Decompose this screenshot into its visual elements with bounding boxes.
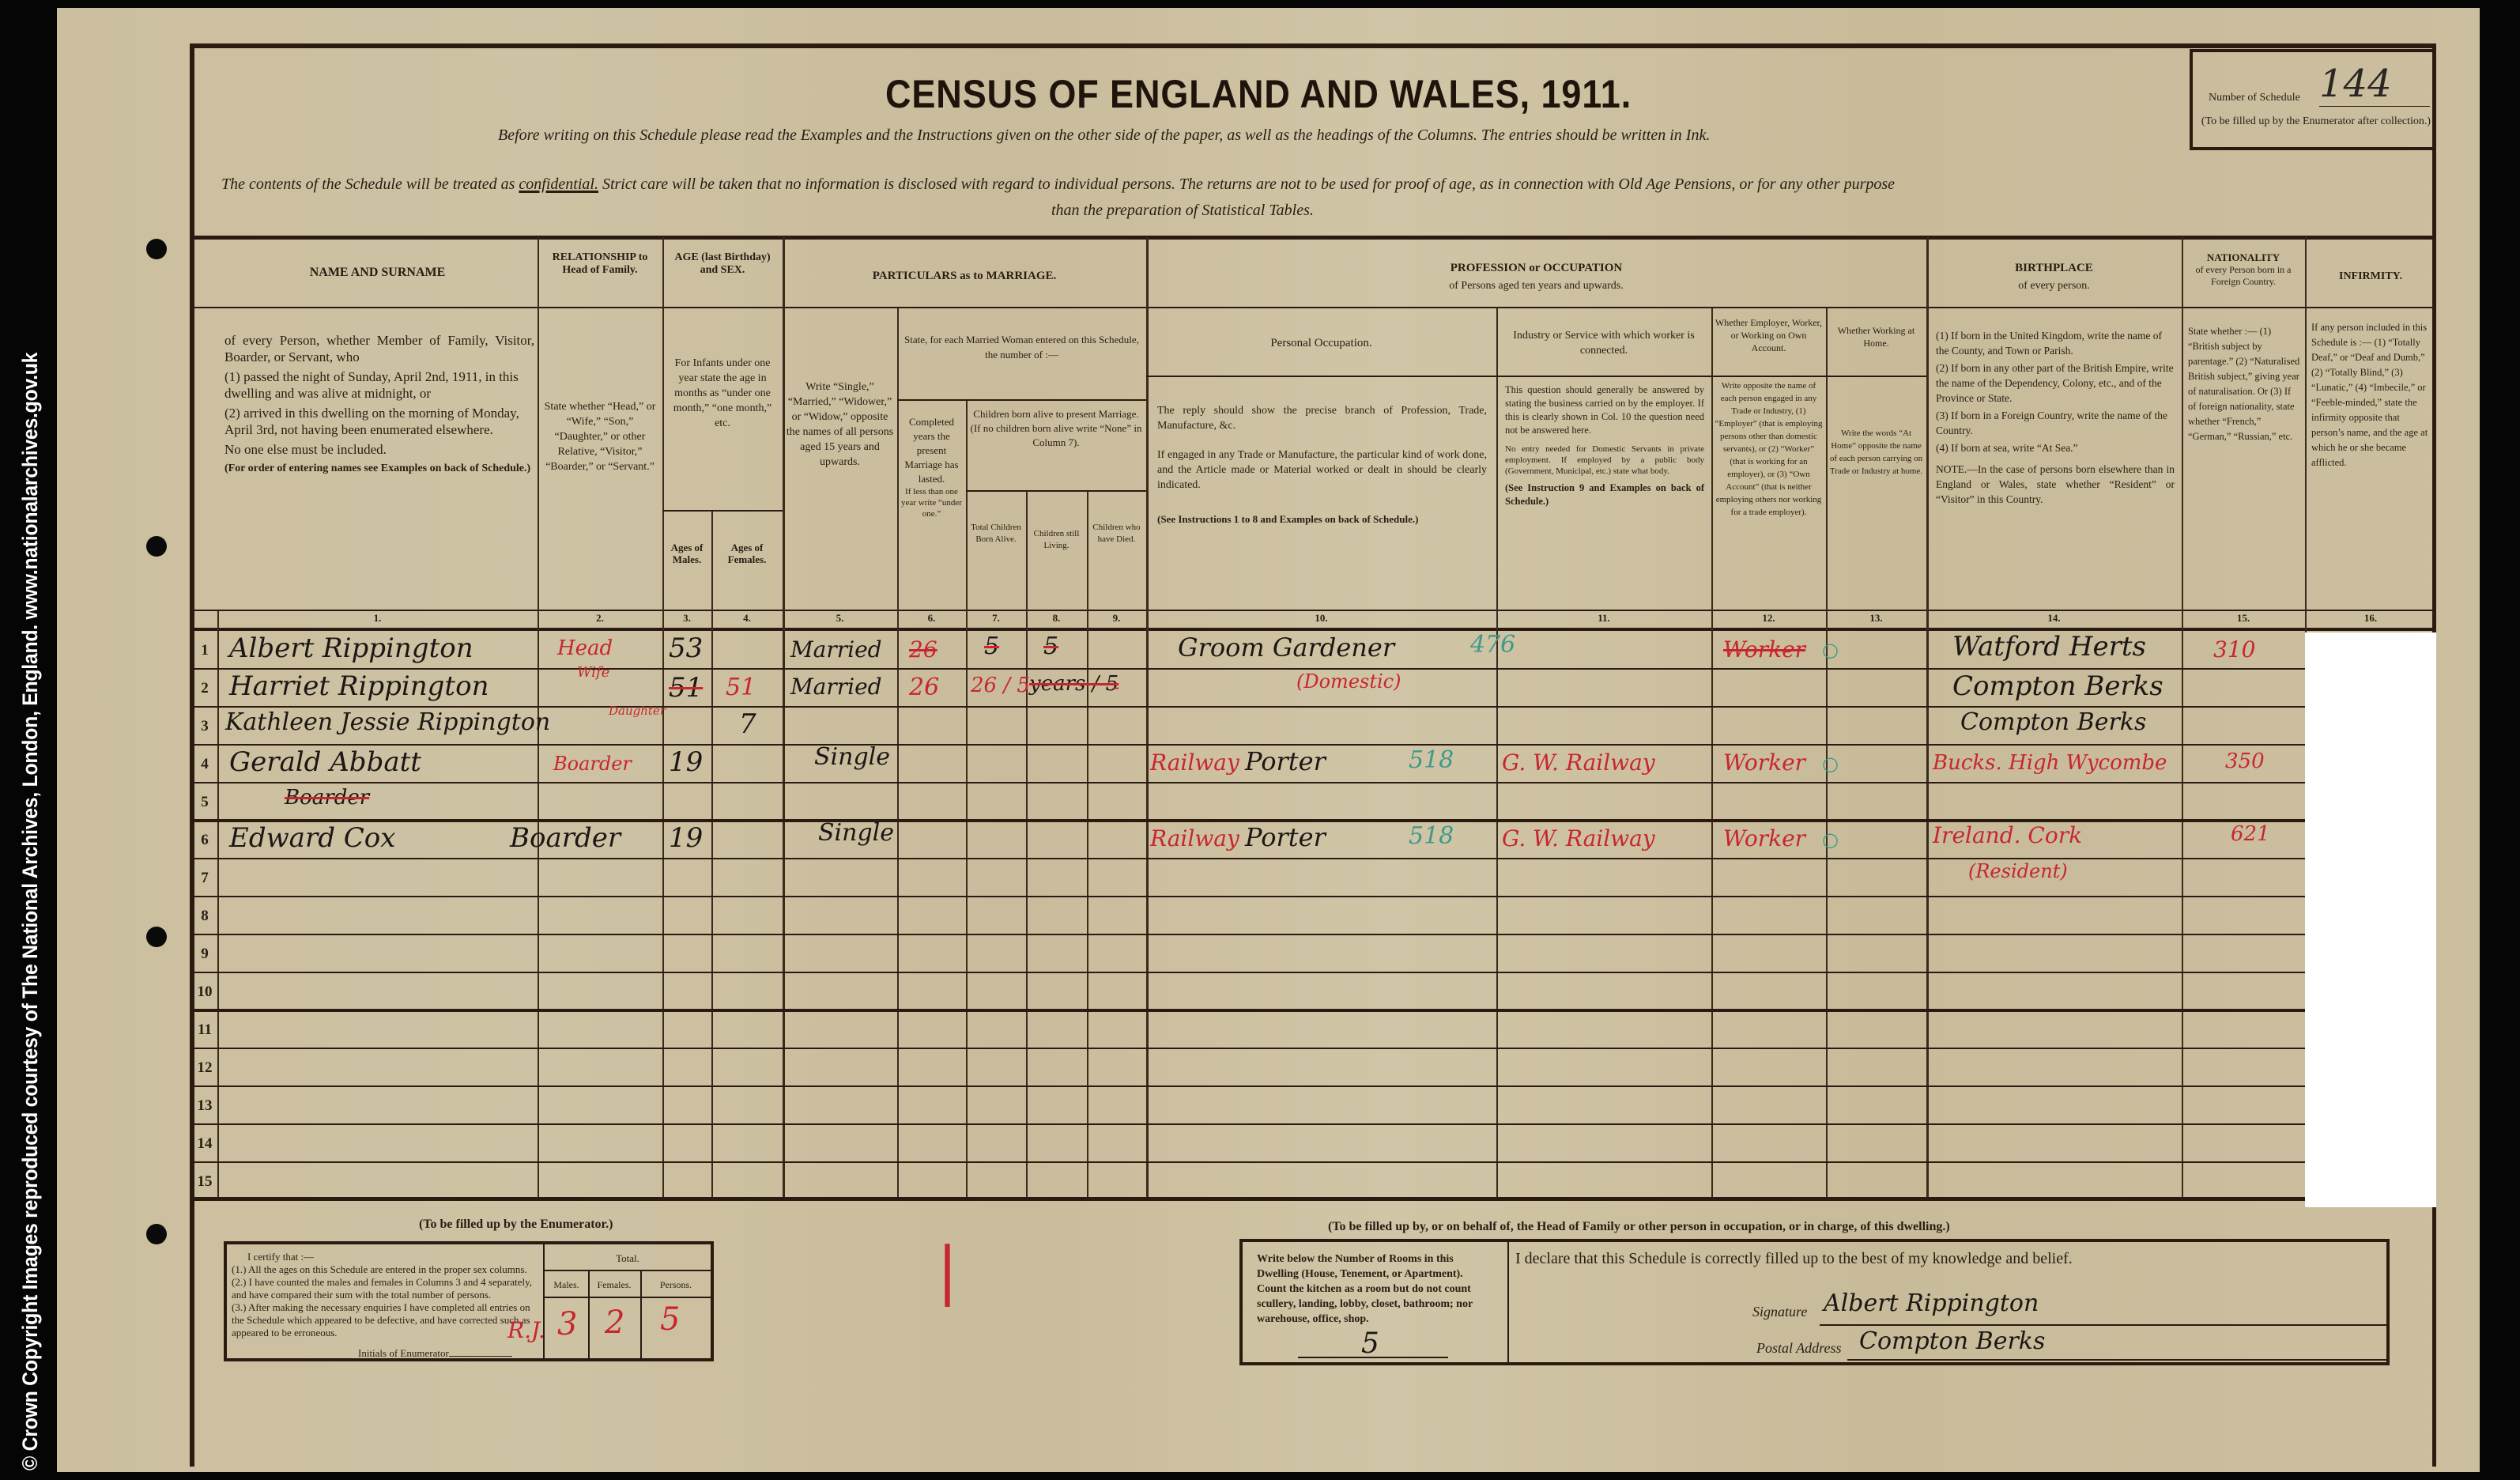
entry-birthplace: Ireland. Cork [1933, 822, 2082, 848]
entry-years-married: 26 [909, 674, 939, 701]
age-females-label: Ages of Females. [711, 542, 783, 565]
persons-label: Persons. [640, 1278, 711, 1293]
home-circle-icon: ○ [1822, 829, 1839, 851]
column-number: 5. [783, 612, 897, 628]
personal-occupation-desc: The reply should show the precise branch… [1154, 403, 1490, 527]
entry-birthplace-note: (Resident) [1968, 860, 2068, 882]
years-note: If less than one year write “under one.” [900, 486, 963, 519]
entry-age-male: 51 [669, 672, 703, 704]
head-section-title: (To be filled up by, or on behalf of, th… [1328, 1220, 1950, 1234]
personal-desc-2: If engaged in any Trade or Manufacture, … [1157, 447, 1487, 493]
entry-relationship: Wife [577, 664, 609, 681]
column-number: 6. [897, 612, 966, 628]
row-number: 2 [193, 680, 217, 697]
entry-children-living: 5 [1043, 632, 1058, 660]
children-subrule [966, 490, 1146, 492]
entry-nationality-code: 310 [2213, 636, 2255, 663]
birthplace-note: NOTE.—In the case of persons born elsewh… [1936, 462, 2175, 507]
totals-col-divider [588, 1271, 590, 1360]
entry-employer-status: Worker [1723, 825, 1805, 851]
header-relationship: RELATIONSHIP to Head of Family. [538, 251, 662, 277]
infirmity-desc: If any person included in this Schedule … [2308, 320, 2433, 470]
row-number: 4 [193, 756, 217, 773]
entry-age-female: 7 [739, 708, 756, 740]
age-subrule [662, 510, 783, 512]
children-desc: Children born alive to present Marriage.… [966, 407, 1146, 450]
row-rule [190, 1161, 2436, 1163]
home-circle-icon: ○ [1822, 753, 1839, 775]
occupation-subrule [1146, 376, 1926, 377]
schedule-number: 144 [2319, 62, 2430, 107]
row-number: 14 [193, 1135, 217, 1153]
total-females: 2 [605, 1304, 624, 1341]
confidential-word: confidential. [519, 176, 598, 193]
home-desc: Write the words “At Home” opposite the n… [1826, 427, 1926, 478]
entry-name: Gerald Abbatt [229, 746, 421, 778]
entry-employer-status: Worker [1723, 636, 1805, 663]
marriage-condition-desc: Write “Single,” “Married,” “Widower,” or… [783, 379, 897, 470]
header-marriage: PARTICULARS as to MARRIAGE. [783, 269, 1146, 284]
entry-age-male: 19 [669, 746, 703, 778]
certificate-text: I certify that :— (1.) All the ages on t… [232, 1251, 540, 1360]
age-desc: For Infants under one year state the age… [662, 356, 783, 431]
initials-row: Initials of Enumerator [232, 1347, 540, 1360]
header-birthplace: BIRTHPLACE [1926, 261, 2182, 276]
birthplace-desc: (1) If born in the United Kingdom, write… [1933, 328, 2178, 507]
industry-desc-2: No entry needed for Domestic Servants in… [1505, 444, 1704, 477]
row-rule [190, 668, 2436, 670]
industry-desc: This question should generally be answer… [1502, 383, 1707, 508]
column-number: 3. [662, 612, 711, 628]
entry-condition: Married [790, 674, 882, 700]
row-number: 5 [193, 794, 217, 811]
row-rule [190, 1123, 2436, 1125]
entry-name: Albert Rippington [229, 632, 473, 664]
signature-line [1820, 1324, 2389, 1326]
entry-years-married: 26 [909, 636, 937, 663]
column-number: 16. [2305, 612, 2436, 628]
marriage-state-desc: State, for each Married Woman entered on… [897, 332, 1146, 362]
enumerator-initials: R.J. [507, 1317, 545, 1343]
copyright-caption: © Crown Copyright Images reproduced cour… [6, 307, 54, 1471]
age-males-label: Ages of Males. [662, 542, 711, 565]
males-label: Males. [545, 1278, 588, 1293]
column-number: 2. [538, 612, 662, 628]
birthplace-desc-1: (1) If born in the United Kingdom, write… [1936, 328, 2175, 358]
enumerator-section-title: (To be filled up by the Enumerator.) [419, 1218, 613, 1232]
header-name-desc: of every Person, whether Member of Famil… [221, 332, 538, 475]
header-occupation: PROFESSION or OCCUPATION [1146, 261, 1926, 276]
industry-desc-3: (See Instruction 9 and Examples on back … [1505, 481, 1704, 508]
header-divider [190, 307, 2436, 308]
row-rule [190, 744, 2436, 746]
row-rule [190, 858, 2436, 859]
column-number: 9. [1087, 612, 1146, 628]
entry-age-male: 53 [669, 632, 703, 664]
punch-hole [146, 536, 167, 557]
column-number: 11. [1496, 612, 1711, 628]
employer-label: Whether Employer, Worker, or Working on … [1711, 316, 1826, 354]
col-divider [1496, 308, 1498, 1198]
column-number: 1. [217, 612, 538, 628]
punch-hole [146, 239, 167, 259]
postal-address-label: Postal Address [1756, 1340, 1842, 1357]
entry-occupation-code: 518 [1409, 746, 1454, 774]
entry-nationality-code: 621 [2231, 822, 2270, 846]
column-number: 12. [1711, 612, 1826, 628]
marriage-subrule [897, 399, 1146, 401]
relationship-desc: State whether “Head,” or “Wife,” “Son,” … [538, 399, 662, 474]
birthplace-desc-4: (4) If born at sea, write “At Sea.” [1936, 440, 2175, 455]
entry-occupation: Porter [1245, 822, 1326, 852]
column-number: 7. [966, 612, 1026, 628]
employer-desc: Write opposite the name of each person e… [1711, 379, 1826, 519]
confidential-notice: The contents of the Schedule will be tre… [221, 176, 1895, 194]
home-label: Whether Working at Home. [1826, 324, 1926, 349]
row-number: 12 [193, 1059, 217, 1077]
header-infirmity: INFIRMITY. [2305, 269, 2436, 284]
entry-occupation-prefix: Railway [1150, 825, 1239, 851]
instruction-line: Before writing on this Schedule please r… [498, 126, 1710, 145]
females-label: Females. [588, 1278, 640, 1293]
declaration-box: Write below the Number of Rooms in this … [1239, 1239, 2390, 1365]
total-males: 3 [557, 1306, 577, 1342]
entry-children-living: years / 5 [1029, 672, 1119, 696]
row-rule [190, 896, 2436, 897]
redaction-block [2305, 632, 2436, 1207]
birthplace-subtitle: of every person. [1926, 278, 2182, 293]
entry-occupation-prefix: Railway [1150, 749, 1239, 776]
industry-desc-1: This question should generally be answer… [1505, 383, 1704, 437]
home-circle-icon: ○ [1822, 639, 1839, 661]
confidential-rest: Strict care will be taken that no inform… [598, 176, 1895, 193]
row-number: 13 [193, 1097, 217, 1115]
totals-col-divider [640, 1271, 642, 1360]
row-number: 6 [193, 832, 217, 849]
row-rule-bold [190, 1009, 2436, 1012]
certify-item-2: (2.) I have counted the males and female… [232, 1276, 540, 1301]
birthplace-desc-3: (3) If born in a Foreign Country, write … [1936, 408, 2175, 438]
entry-occupation: Porter [1245, 746, 1326, 776]
declaration-text: I declare that this Schedule is correctl… [1515, 1250, 2073, 1268]
col-divider [1146, 237, 1149, 1198]
col-divider [1026, 490, 1028, 1198]
col-divider [1087, 490, 1088, 1198]
schedule-number-label: Number of Schedule [2209, 92, 2300, 104]
row-number: 3 [193, 718, 217, 735]
name-desc-5: (For order of entering names see Example… [224, 462, 534, 475]
column-number: 4. [711, 612, 783, 628]
confidential-line2: than the preparation of Statistical Tabl… [1051, 202, 1314, 220]
entry-name: Harriet Rippington [229, 670, 489, 702]
entry-birthplace: Compton Berks [1952, 670, 2164, 702]
confidential-prefix: The contents of the Schedule will be tre… [221, 176, 519, 193]
entry-children-total: 5 [984, 632, 999, 660]
schedule-number-box: Number of Schedule 144 (To be filled up … [2190, 49, 2436, 150]
row-number: 10 [193, 984, 217, 1001]
row-rule [190, 1048, 2436, 1049]
children-total-label: Total Children Born Alive. [966, 522, 1026, 546]
row-number: 1 [193, 642, 217, 659]
row-rule [190, 1085, 2436, 1087]
entry-relationship: Boarder [553, 753, 632, 775]
occupation-subtitle: of Persons aged ten years and upwards. [1146, 278, 1926, 293]
row-rule [190, 934, 2436, 935]
row-number: 9 [193, 946, 217, 963]
col-divider [966, 399, 968, 1198]
total-persons: 5 [660, 1301, 680, 1338]
page-title: CENSUS OF ENGLAND AND WALES, 1911. [885, 71, 1632, 117]
children-died-label: Children who have Died. [1087, 522, 1146, 546]
entry-age-female: 51 [726, 674, 756, 701]
children-living-label: Children still Living. [1026, 528, 1087, 552]
column-number: 15. [2182, 612, 2305, 628]
entry-relationship: Boarder [510, 822, 621, 854]
birthplace-desc-2: (2) If born in any other part of the Bri… [1936, 361, 2175, 406]
col-divider [1926, 237, 1929, 1198]
column-number: 14. [1926, 612, 2182, 628]
nationality-subtitle: of every Person born in a Foreign Countr… [2182, 264, 2305, 288]
row-number: 7 [193, 870, 217, 887]
header-age: AGE (last Birthday) and SEX. [662, 251, 783, 277]
entry-employer-status: Worker [1723, 749, 1805, 776]
rooms-line [1298, 1357, 1448, 1358]
postal-address: Compton Berks [1859, 1327, 2045, 1355]
row-number: 11 [193, 1021, 217, 1039]
punch-hole [146, 927, 167, 947]
certify-item-1: (1.) All the ages on this Schedule are e… [232, 1263, 540, 1276]
entry-condition: Married [790, 636, 882, 663]
rooms-instruction: Write below the Number of Rooms in this … [1257, 1252, 1494, 1327]
punch-hole [146, 1224, 167, 1244]
entry-name: Boarder [285, 786, 369, 810]
row-rule [190, 972, 2436, 973]
entry-industry: G. W. Railway [1502, 825, 1655, 851]
certify-item-3: (3.) After making the necessary enquirie… [232, 1301, 540, 1339]
signature-label: Signature [1752, 1304, 1807, 1320]
personal-desc-1: The reply should show the precise branch… [1157, 403, 1487, 433]
row-rule [190, 782, 2436, 783]
marriage-years-desc: Completed years the present Marriage has… [897, 415, 966, 519]
entry-condition: Single [818, 819, 894, 847]
name-desc-1: of every Person, whether Member of Famil… [224, 332, 534, 365]
entry-name: Kathleen Jessie Rippington [225, 708, 550, 736]
entry-industry: G. W. Railway [1502, 749, 1655, 776]
industry-label: Industry or Service with which worker is… [1496, 328, 1711, 358]
name-desc-3: (2) arrived in this dwelling on the morn… [224, 405, 534, 438]
total-label: Total. [545, 1251, 711, 1266]
colno-top-rule [190, 610, 2436, 611]
schedule-number-note: (To be filled up by the Enumerator after… [2197, 115, 2435, 128]
entry-nationality-code: 350 [2225, 749, 2265, 773]
col-divider [2182, 237, 2183, 1198]
entry-birthplace: Bucks. High Wycombe [1933, 751, 2167, 775]
entry-relationship: Head [557, 636, 613, 660]
entry-children-died: - [1113, 676, 1119, 698]
name-desc-4: No one else must be included. [224, 441, 534, 458]
rooms-divider [1507, 1242, 1509, 1362]
postal-address-line [1847, 1359, 2389, 1361]
table-top-rule [190, 236, 2436, 240]
entry-name: Edward Cox [229, 822, 395, 854]
column-number: 13. [1826, 612, 1926, 628]
entry-children-total: 26 / 5 [971, 674, 1030, 697]
row-rule [190, 706, 2436, 708]
personal-occupation-label: Personal Occupation. [1146, 336, 1496, 351]
entry-age-male: 19 [669, 822, 703, 854]
totals-rule [545, 1297, 711, 1298]
nationality-desc: State whether :— (1) “British subject by… [2185, 324, 2303, 444]
entry-birthplace: Compton Berks [1960, 708, 2146, 736]
signature: Albert Rippington [1824, 1289, 2039, 1317]
col-divider [217, 611, 219, 1198]
header-nationality: NATIONALITY [2182, 251, 2305, 263]
header-name: NAME AND SURNAME [217, 265, 538, 280]
name-desc-2: (1) passed the night of Sunday, April 2n… [224, 368, 534, 402]
certify-heading: I certify that :— [232, 1251, 540, 1263]
years-desc: Completed years the present Marriage has… [900, 415, 963, 486]
entry-occupation-code: 518 [1409, 822, 1454, 850]
entry-occupation: Groom Gardener [1178, 632, 1394, 663]
entry-condition: Single [814, 743, 890, 771]
column-number: 8. [1026, 612, 1087, 628]
row-number: 15 [193, 1173, 217, 1191]
personal-desc-3: (See Instructions 1 to 8 and Examples on… [1157, 512, 1487, 527]
initials-label: Initials of Enumerator [358, 1347, 449, 1359]
rooms-count: 5 [1361, 1327, 1379, 1360]
enumerator-certificate-box: I certify that :— (1.) All the ages on t… [224, 1241, 714, 1361]
entry-occupation-note: (Domestic) [1296, 670, 1401, 693]
entry-relationship: Daughter [609, 704, 666, 718]
totals-rule [545, 1270, 711, 1271]
entry-occupation-code: 476 [1470, 631, 1515, 659]
row-number: 8 [193, 908, 217, 925]
enumerator-mark: | [937, 1233, 958, 1307]
column-number: 10. [1146, 612, 1496, 628]
entry-birthplace: Watford Herts [1952, 631, 2146, 663]
table-bottom-rule [190, 1197, 2436, 1201]
